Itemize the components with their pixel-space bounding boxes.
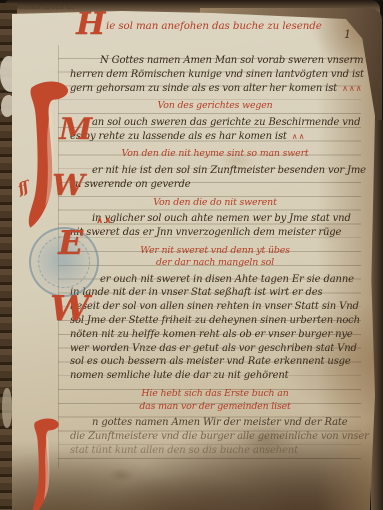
body-line: zu swerende on geverde bbox=[70, 178, 360, 192]
body-line: herren dem Römischen kunige vnd sinen la… bbox=[70, 68, 360, 82]
drop-cap-M: M bbox=[59, 112, 92, 147]
body-line: nöten nit zu helffe komen reht als ob er… bbox=[70, 328, 360, 342]
folio-number: 1 bbox=[344, 28, 351, 41]
drop-cap-E: E bbox=[58, 223, 83, 262]
rubric: Hie hebt sich das Erste buch an das man … bbox=[70, 388, 360, 413]
rubric-line: der dar nach mangeln sol bbox=[70, 257, 360, 270]
line-filler-icon: ∧∧ bbox=[287, 132, 306, 141]
body-line: er nit hie ist den sol sin Zunftmeister … bbox=[70, 164, 360, 178]
drop-cap-W: W bbox=[50, 288, 89, 329]
rubric-heading: ie sol man anefohen das buche zu lesende bbox=[106, 20, 336, 32]
rubric: Wer nit sweret vnd denn yt übes der dar … bbox=[70, 245, 360, 270]
body-line: N Gottes namen Amen Man sol vorab sweren… bbox=[70, 54, 360, 68]
body-line: sol Jme der Stette friheit zu deheynen s… bbox=[70, 314, 360, 328]
margin-flourish-icon: ∧∧ bbox=[96, 216, 113, 226]
body-line: wer worden Vnze das er getut als vor ges… bbox=[70, 342, 360, 356]
body-line: gern gehorsam zu sinde als es von alter … bbox=[70, 82, 360, 96]
text-block: N Gottes namen Amen Man sol vorab sweren… bbox=[70, 54, 360, 462]
body-line: er ouch nit sweret in disen Ahte tagen E… bbox=[70, 273, 360, 287]
heading-drop-cap: H bbox=[76, 9, 105, 39]
body-line-text: gern gehorsam zu sinde als es von alter … bbox=[70, 83, 337, 94]
drop-cap-W: W bbox=[52, 168, 85, 202]
body-line-text: es by rehte zu lassende als es har komen… bbox=[70, 131, 287, 142]
body-line: nomen semliche lute die dar zu nit gehör… bbox=[70, 369, 360, 383]
body-line: es by rehte zu lassende als es har komen… bbox=[70, 130, 360, 144]
archival-note: Statutenbuch C. bbox=[14, 3, 75, 11]
body-line: stat tünt kunt allen den so dis buche an… bbox=[70, 444, 360, 458]
rubric-line: Hie hebt sich das Erste buch an bbox=[70, 388, 360, 401]
manuscript-page: 1 H ie sol man anefohen das buche zu les… bbox=[12, 11, 375, 510]
body-line: n gottes namen Amen Wir der meister vnd … bbox=[70, 416, 360, 430]
body-line: sol es ouch bessern als meister vnd Rate… bbox=[70, 355, 360, 369]
body-line: in lande nit der in vnser Stat seßhaft i… bbox=[70, 286, 360, 300]
paragraph: N Gottes namen Amen Man sol vorab sweren… bbox=[70, 54, 360, 95]
rubric: Von den die do nit swerent bbox=[70, 197, 360, 210]
body-line: beseit der sol von allen sinen rehten in… bbox=[70, 300, 360, 314]
rubric-line: das man vor der gemeinden liset bbox=[70, 401, 360, 414]
rubric-line: Von den die do nit swerent bbox=[70, 197, 360, 210]
rubric: Von den die nit heyme sint so man swert bbox=[70, 148, 360, 161]
torn-paper-scrap bbox=[2, 388, 12, 428]
drop-cap-J-icon bbox=[29, 417, 63, 510]
body-line: nit sweret das er Jnn vnverzogenlich dem… bbox=[70, 226, 360, 240]
rubric: Von des gerichtes wegen bbox=[70, 100, 360, 113]
paragraph: er nit hie ist den sol sin Zunftmeister … bbox=[70, 164, 360, 192]
paragraph: n gottes namen Amen Wir der meister vnd … bbox=[70, 416, 360, 457]
paragraph: an sol ouch sweren das gerichte zu Besch… bbox=[70, 116, 360, 144]
drop-cap-J-icon bbox=[25, 79, 72, 229]
body-line: an sol ouch sweren das gerichte zu Besch… bbox=[70, 116, 360, 130]
body-line: in yglicher sol ouch ahte nemen wer by J… bbox=[70, 212, 360, 226]
manuscript-photo: { "window": { "archival_note": "Statuten… bbox=[0, 0, 383, 510]
body-line: die Zunftmeistere vnd die burger alle ge… bbox=[70, 430, 360, 444]
paragraph: er ouch nit sweret in disen Ahte tagen E… bbox=[70, 273, 360, 383]
paragraph: in yglicher sol ouch ahte nemen wer by J… bbox=[70, 212, 360, 240]
rubric-line: Von des gerichtes wegen bbox=[70, 100, 360, 113]
rubric-line: Von den die nit heyme sint so man swert bbox=[70, 148, 360, 161]
rubric-line: Wer nit sweret vnd denn yt übes bbox=[70, 245, 360, 258]
line-filler-icon: ∧∧∧ bbox=[337, 84, 363, 93]
